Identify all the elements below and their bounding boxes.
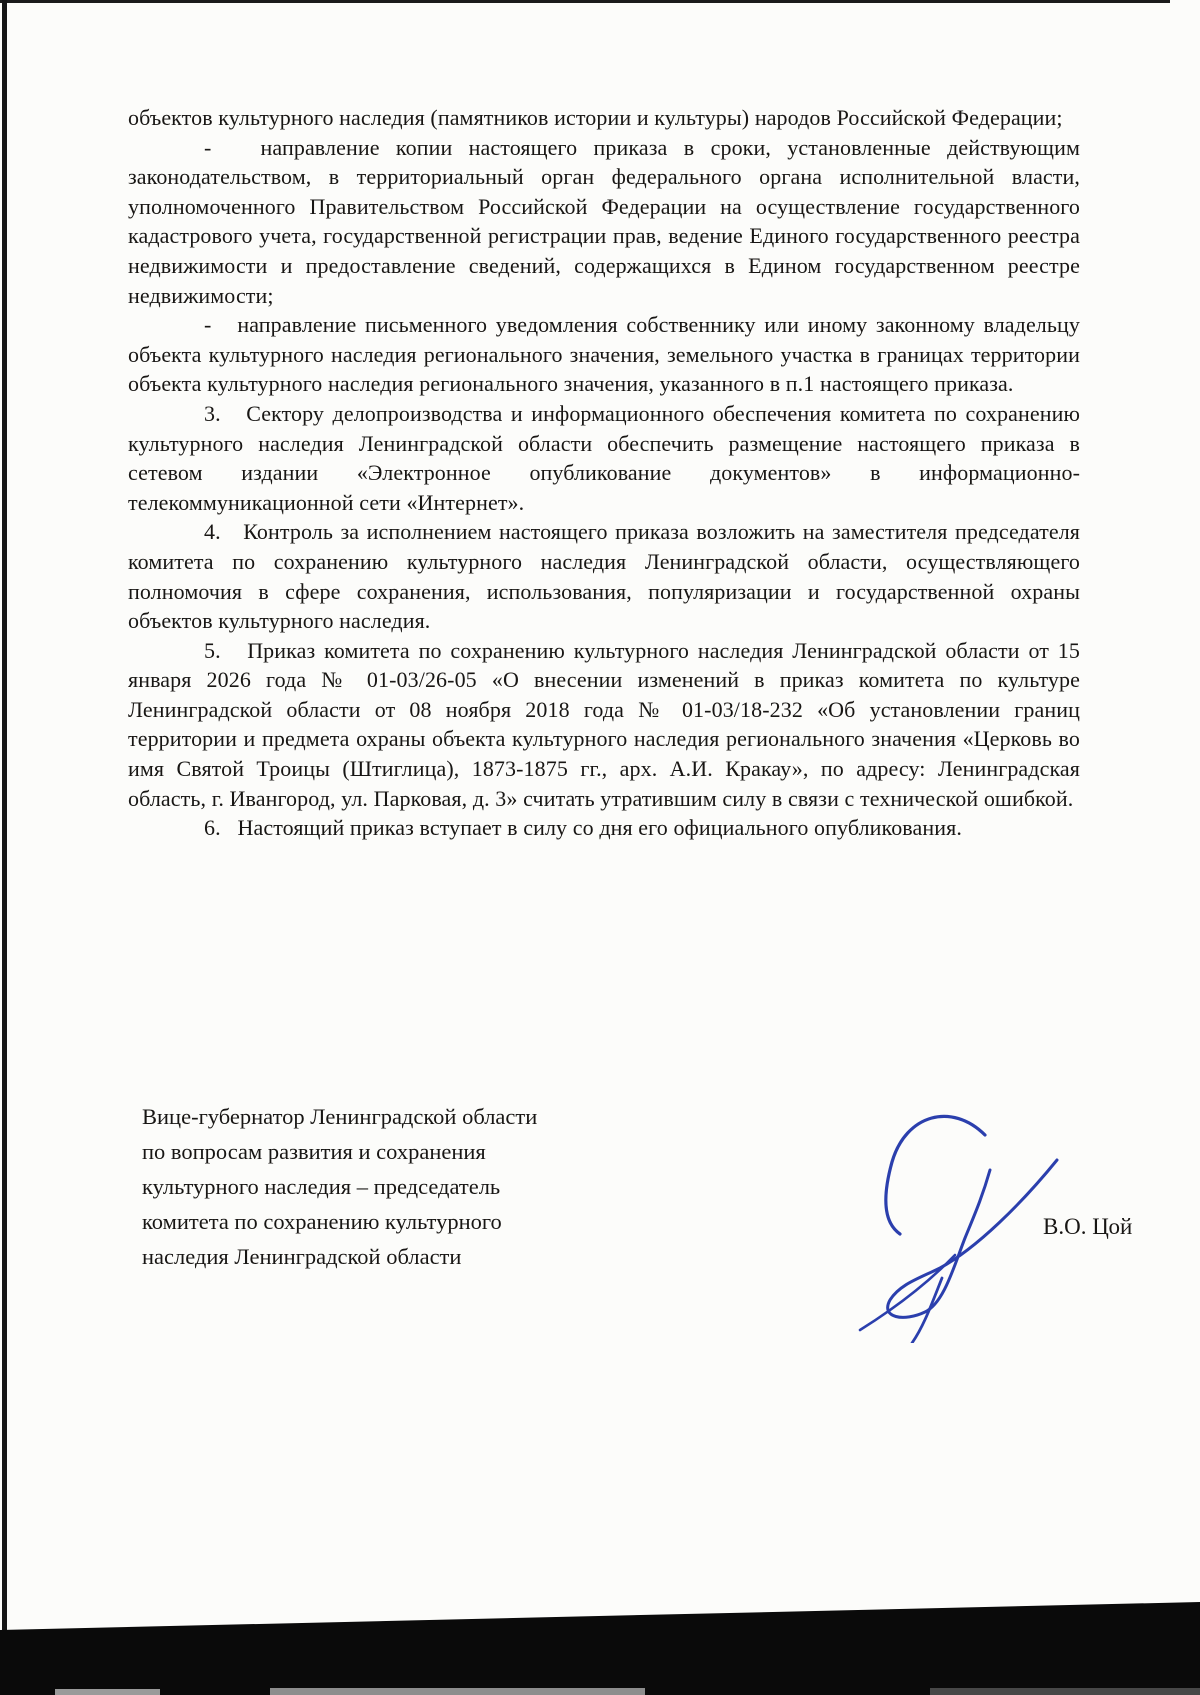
scan-bottom-edge [0,1598,1200,1695]
scanner-bed-glare [930,1688,1200,1695]
scan-bottom-band [0,1602,1200,1695]
order-paragraph: 5. Приказ комитета по сохранению культур… [128,636,1080,814]
scanner-bed-glare [55,1689,160,1695]
order-paragraph: - направление копии настоящего приказа в… [128,133,1080,311]
scanner-bed-glare [270,1688,645,1695]
order-paragraph: объектов культурного наследия (памятнико… [128,103,1080,133]
order-body-text: объектов культурного наследия (памятнико… [128,103,1080,843]
signature-stroke [886,1116,985,1234]
signatory-title-line: комитета по сохранению культурного [142,1204,682,1239]
order-paragraph: 6. Настоящий приказ вступает в силу со д… [128,813,1080,843]
handwritten-signature-icon [832,1088,1062,1343]
order-paragraph: 4. Контроль за исполнением настоящего пр… [128,517,1080,635]
signatory-title-block: Вице-губернатор Ленинградской областипо … [142,1099,682,1274]
signatory-title-line: культурного наследия – председатель [142,1169,682,1204]
document-page: объектов культурного наследия (памятнико… [0,0,1200,1695]
signatory-title-line: Вице-губернатор Ленинградской области [142,1099,682,1134]
scan-left-edge [2,0,7,1632]
signatory-title-line: по вопросам развития и сохранения [142,1134,682,1169]
signer-name: В.О. Цой [1043,1214,1132,1240]
order-paragraph: 3. Сектору делопроизводства и информацио… [128,399,1080,517]
signatory-title-line: наследия Ленинградской области [142,1239,682,1274]
scan-top-edge [0,0,1170,3]
order-paragraph: - направление письменного уведомления со… [128,310,1080,399]
